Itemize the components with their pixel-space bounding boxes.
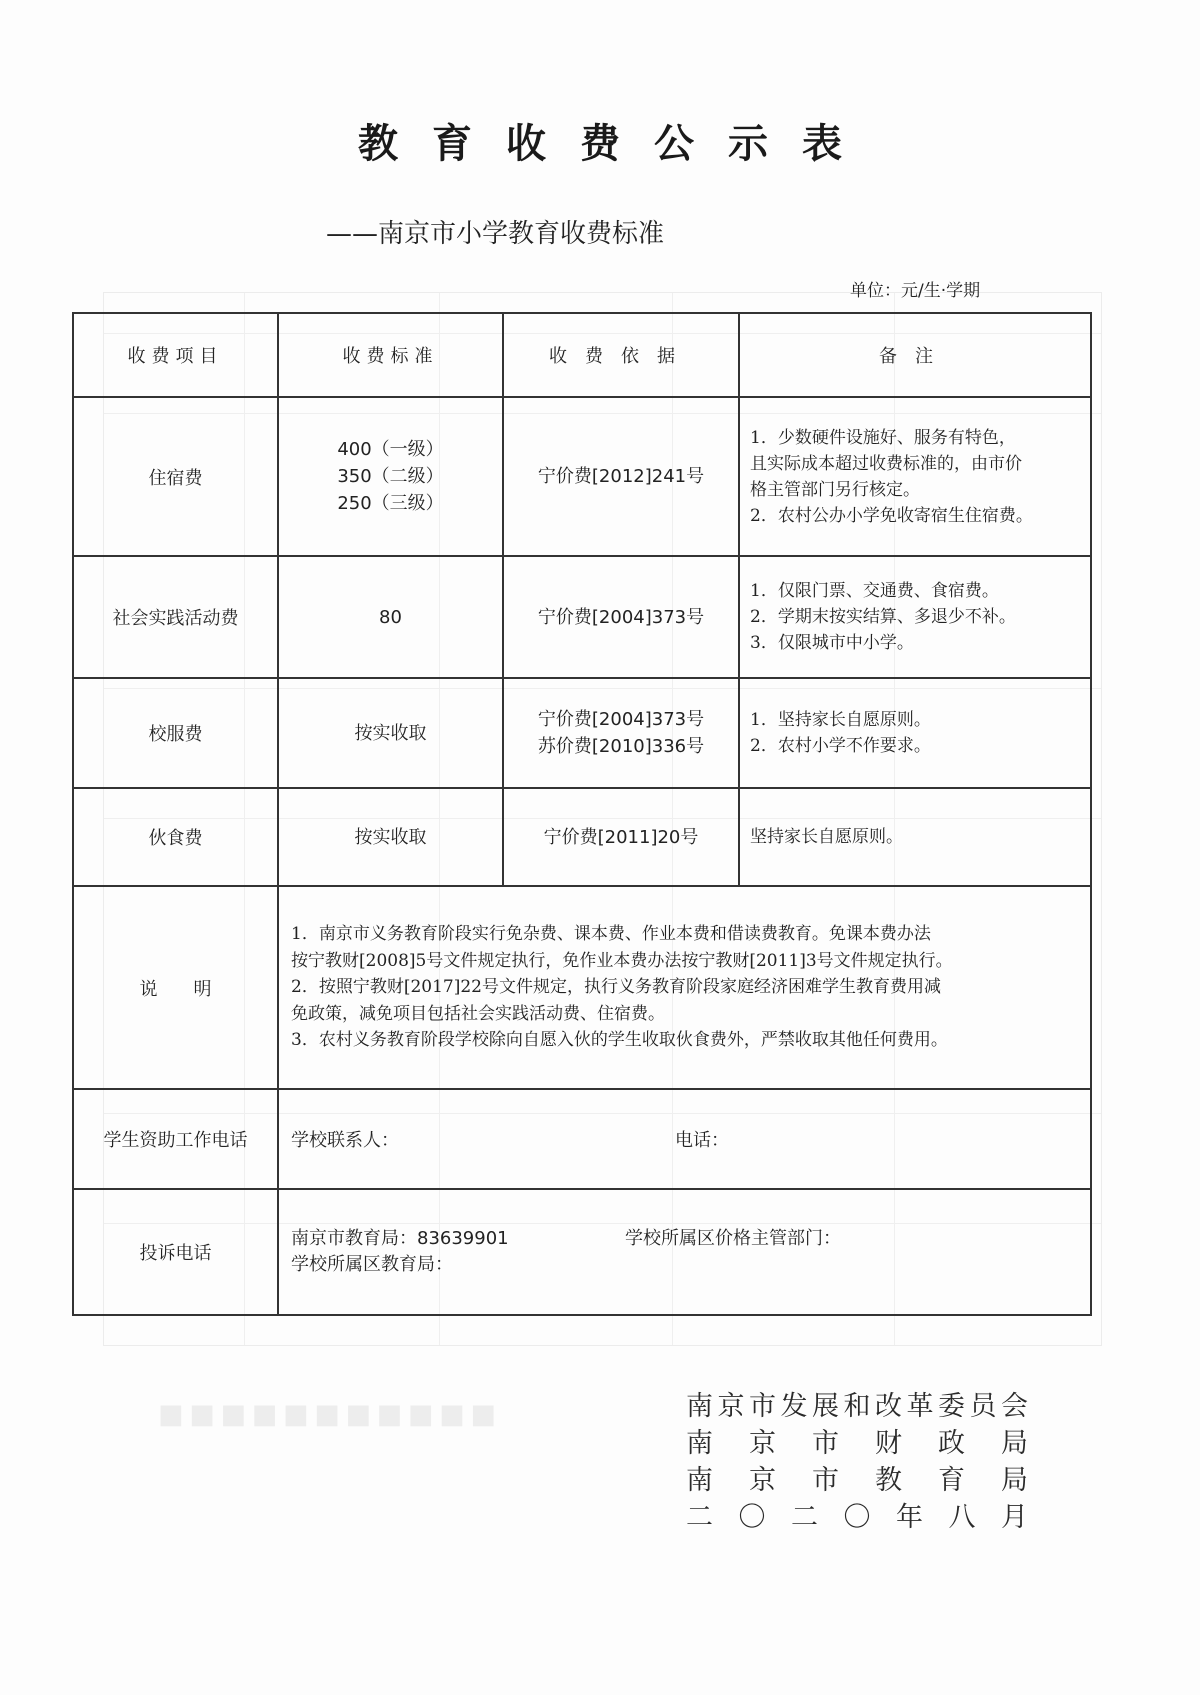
table-row: 校服费 按实收取 宁价费[2004]373号 苏价费[2010]336号 1．坚…	[73, 678, 1091, 788]
char: 南	[686, 1462, 713, 1499]
char: 市	[812, 1462, 839, 1499]
header-basis: 收费依据	[503, 313, 739, 397]
note-line: 1．仅限门票、交通费、食宿费。	[750, 578, 1082, 604]
complaint-row: 投诉电话 南京市教育局：83639901 学校所属区价格主管部门： 学校所属区教…	[73, 1189, 1091, 1315]
fee-standard: 80	[278, 556, 503, 678]
char: 育	[938, 1462, 965, 1499]
table-header-row: 收费项目 收费标准 收费依据 备注	[73, 313, 1091, 397]
student-aid-label: 学生资助工作电话	[73, 1089, 278, 1189]
item-name: 住宿费	[73, 397, 278, 556]
explanation-line: 免政策，减免项目包括社会实践活动费、住宿费。	[291, 1001, 1082, 1028]
explanation-label: 说 明	[73, 886, 278, 1089]
fee-standard-line: 80	[279, 604, 502, 631]
issuing-authorities: 南京市发展和改革委员会 南京市财政局 南京市教育局 二〇二〇年八月	[686, 1388, 1028, 1536]
fee-standard-line: 400（一级）	[279, 436, 502, 463]
char: 年	[896, 1499, 923, 1536]
char: 员	[970, 1388, 997, 1425]
char: 委	[938, 1388, 965, 1425]
item-name: 校服费	[73, 678, 278, 788]
district-price-dept: 学校所属区价格主管部门：	[625, 1226, 841, 1252]
char: 京	[749, 1462, 776, 1499]
document-title: 教育收费公示表	[0, 112, 1200, 169]
signer-finance-bureau: 南京市财政局	[686, 1425, 1028, 1462]
note-line: 2．农村小学不作要求。	[750, 733, 1082, 759]
char: 革	[907, 1388, 934, 1425]
note-line: 2．学期末按实结算、多退少不补。	[750, 604, 1082, 630]
scan-bleed-through-signers: ■■■■■■■■■■■	[158, 1396, 496, 1433]
char: 市	[749, 1388, 776, 1425]
explanation-line: 1．南京市义务教育阶段实行免杂费、课本费、作业本费和借读费教育。免课本费办法	[291, 921, 1082, 948]
char: 月	[1001, 1499, 1028, 1536]
fee-standard-line: 350（二级）	[279, 463, 502, 490]
fee-basis-line: 宁价费[2011]20号	[504, 824, 738, 851]
explanation-text: 1．南京市义务教育阶段实行免杂费、课本费、作业本费和借读费教育。免课本费办法 按…	[278, 886, 1091, 1089]
signer-education-bureau: 南京市教育局	[686, 1462, 1028, 1499]
student-aid-contact: 学校联系人： 电话：	[278, 1089, 1091, 1189]
char: 二	[791, 1499, 818, 1536]
char: 发	[781, 1388, 808, 1425]
char: 展	[812, 1388, 839, 1425]
fee-basis-line: 宁价费[2004]373号	[504, 604, 738, 631]
char: 南	[686, 1425, 713, 1462]
explanation-line: 2．按照宁教财[2017]22号文件规定，执行义务教育阶段家庭经济困难学生教育费…	[291, 974, 1082, 1001]
note-line: 坚持家长自愿原则。	[750, 824, 1082, 850]
header-item: 收费项目	[73, 313, 278, 397]
district-education-bureau: 学校所属区教育局：	[291, 1252, 1090, 1278]
bleed-line: ■■■■■■■■■■■	[158, 1396, 496, 1433]
student-aid-phone: 电话：	[675, 1126, 729, 1152]
document-subtitle: ——南京市小学教育收费标准	[326, 213, 664, 250]
note-line: 格主管部门另行核定。	[750, 477, 1082, 503]
fee-standard: 按实收取	[278, 678, 503, 788]
char: 和	[844, 1388, 871, 1425]
fee-basis-line: 宁价费[2004]373号	[504, 706, 738, 733]
header-standard: 收费标准	[278, 313, 503, 397]
char: 教	[875, 1462, 902, 1499]
fee-notes: 1．仅限门票、交通费、食宿费。 2．学期末按实结算、多退少不补。 3．仅限城市中…	[739, 556, 1091, 678]
phone-label: 电话：	[675, 1130, 729, 1151]
char: 二	[686, 1499, 713, 1536]
note-line: 1．少数硬件设施好、服务有特色，	[750, 425, 1082, 451]
complaint-contacts: 南京市教育局：83639901 学校所属区价格主管部门： 学校所属区教育局：	[278, 1189, 1091, 1315]
fee-basis-line: 宁价费[2012]241号	[504, 463, 738, 490]
note-line: 3．仅限城市中小学。	[750, 630, 1082, 656]
unit-label: 单位：元/生·学期	[850, 276, 980, 301]
fee-basis: 宁价费[2011]20号	[503, 788, 739, 886]
char: 〇	[739, 1499, 766, 1536]
fee-standard: 按实收取	[278, 788, 503, 886]
signer-ndrc: 南京市发展和改革委员会	[686, 1388, 1028, 1425]
fee-basis-line: 苏价费[2010]336号	[504, 733, 738, 760]
note-line: 且实际成本超过收费标准的，由市价	[750, 451, 1082, 477]
fee-basis: 宁价费[2004]373号 苏价费[2010]336号	[503, 678, 739, 788]
char: 南	[686, 1388, 713, 1425]
char: 〇	[844, 1499, 871, 1536]
note-line: 1．坚持家长自愿原则。	[750, 707, 1082, 733]
table-row: 社会实践活动费 80 宁价费[2004]373号 1．仅限门票、交通费、食宿费。…	[73, 556, 1091, 678]
char: 京	[718, 1388, 745, 1425]
table-row: 伙食费 按实收取 宁价费[2011]20号 坚持家长自愿原则。	[73, 788, 1091, 886]
city-education-bureau-phone: 南京市教育局：83639901	[291, 1228, 509, 1249]
char: 局	[1001, 1425, 1028, 1462]
fee-standard-line: 按实收取	[279, 720, 502, 747]
char: 会	[1001, 1388, 1028, 1425]
student-aid-row: 学生资助工作电话 学校联系人： 电话：	[73, 1089, 1091, 1189]
explanation-line: 3．农村义务教育阶段学校除向自愿入伙的学生收取伙食费外，严禁收取其他任何费用。	[291, 1027, 1082, 1054]
fee-notes: 坚持家长自愿原则。	[739, 788, 1091, 886]
char: 市	[812, 1425, 839, 1462]
explanation-line: 按宁教财[2008]5号文件规定执行，免作业本费办法按宁教财[2011]3号文件…	[291, 948, 1082, 975]
fee-notes: 1．坚持家长自愿原则。 2．农村小学不作要求。	[739, 678, 1091, 788]
complaint-label: 投诉电话	[73, 1189, 278, 1315]
explanation-row: 说 明 1．南京市义务教育阶段实行免杂费、课本费、作业本费和借读费教育。免课本费…	[73, 886, 1091, 1089]
header-notes: 备注	[739, 313, 1091, 397]
char: 京	[749, 1425, 776, 1462]
issue-date: 二〇二〇年八月	[686, 1499, 1028, 1536]
fee-standard-line: 250（三级）	[279, 490, 502, 517]
char: 改	[875, 1388, 902, 1425]
item-name: 社会实践活动费	[73, 556, 278, 678]
note-line: 2．农村公办小学免收寄宿生住宿费。	[750, 503, 1082, 529]
fee-basis: 宁价费[2012]241号	[503, 397, 739, 556]
school-contact-label: 学校联系人：	[291, 1130, 399, 1151]
fee-standard: 400（一级） 350（二级） 250（三级）	[278, 397, 503, 556]
char: 政	[938, 1425, 965, 1462]
fee-table: 收费项目 收费标准 收费依据 备注 住宿费 400（一级） 350（二级） 25…	[72, 312, 1092, 1316]
table-row: 住宿费 400（一级） 350（二级） 250（三级） 宁价费[2012]241…	[73, 397, 1091, 556]
fee-standard-line: 按实收取	[279, 824, 502, 851]
char: 八	[949, 1499, 976, 1536]
char: 局	[1001, 1462, 1028, 1499]
item-name: 伙食费	[73, 788, 278, 886]
fee-basis: 宁价费[2004]373号	[503, 556, 739, 678]
fee-notes: 1．少数硬件设施好、服务有特色， 且实际成本超过收费标准的，由市价 格主管部门另…	[739, 397, 1091, 556]
char: 财	[875, 1425, 902, 1462]
